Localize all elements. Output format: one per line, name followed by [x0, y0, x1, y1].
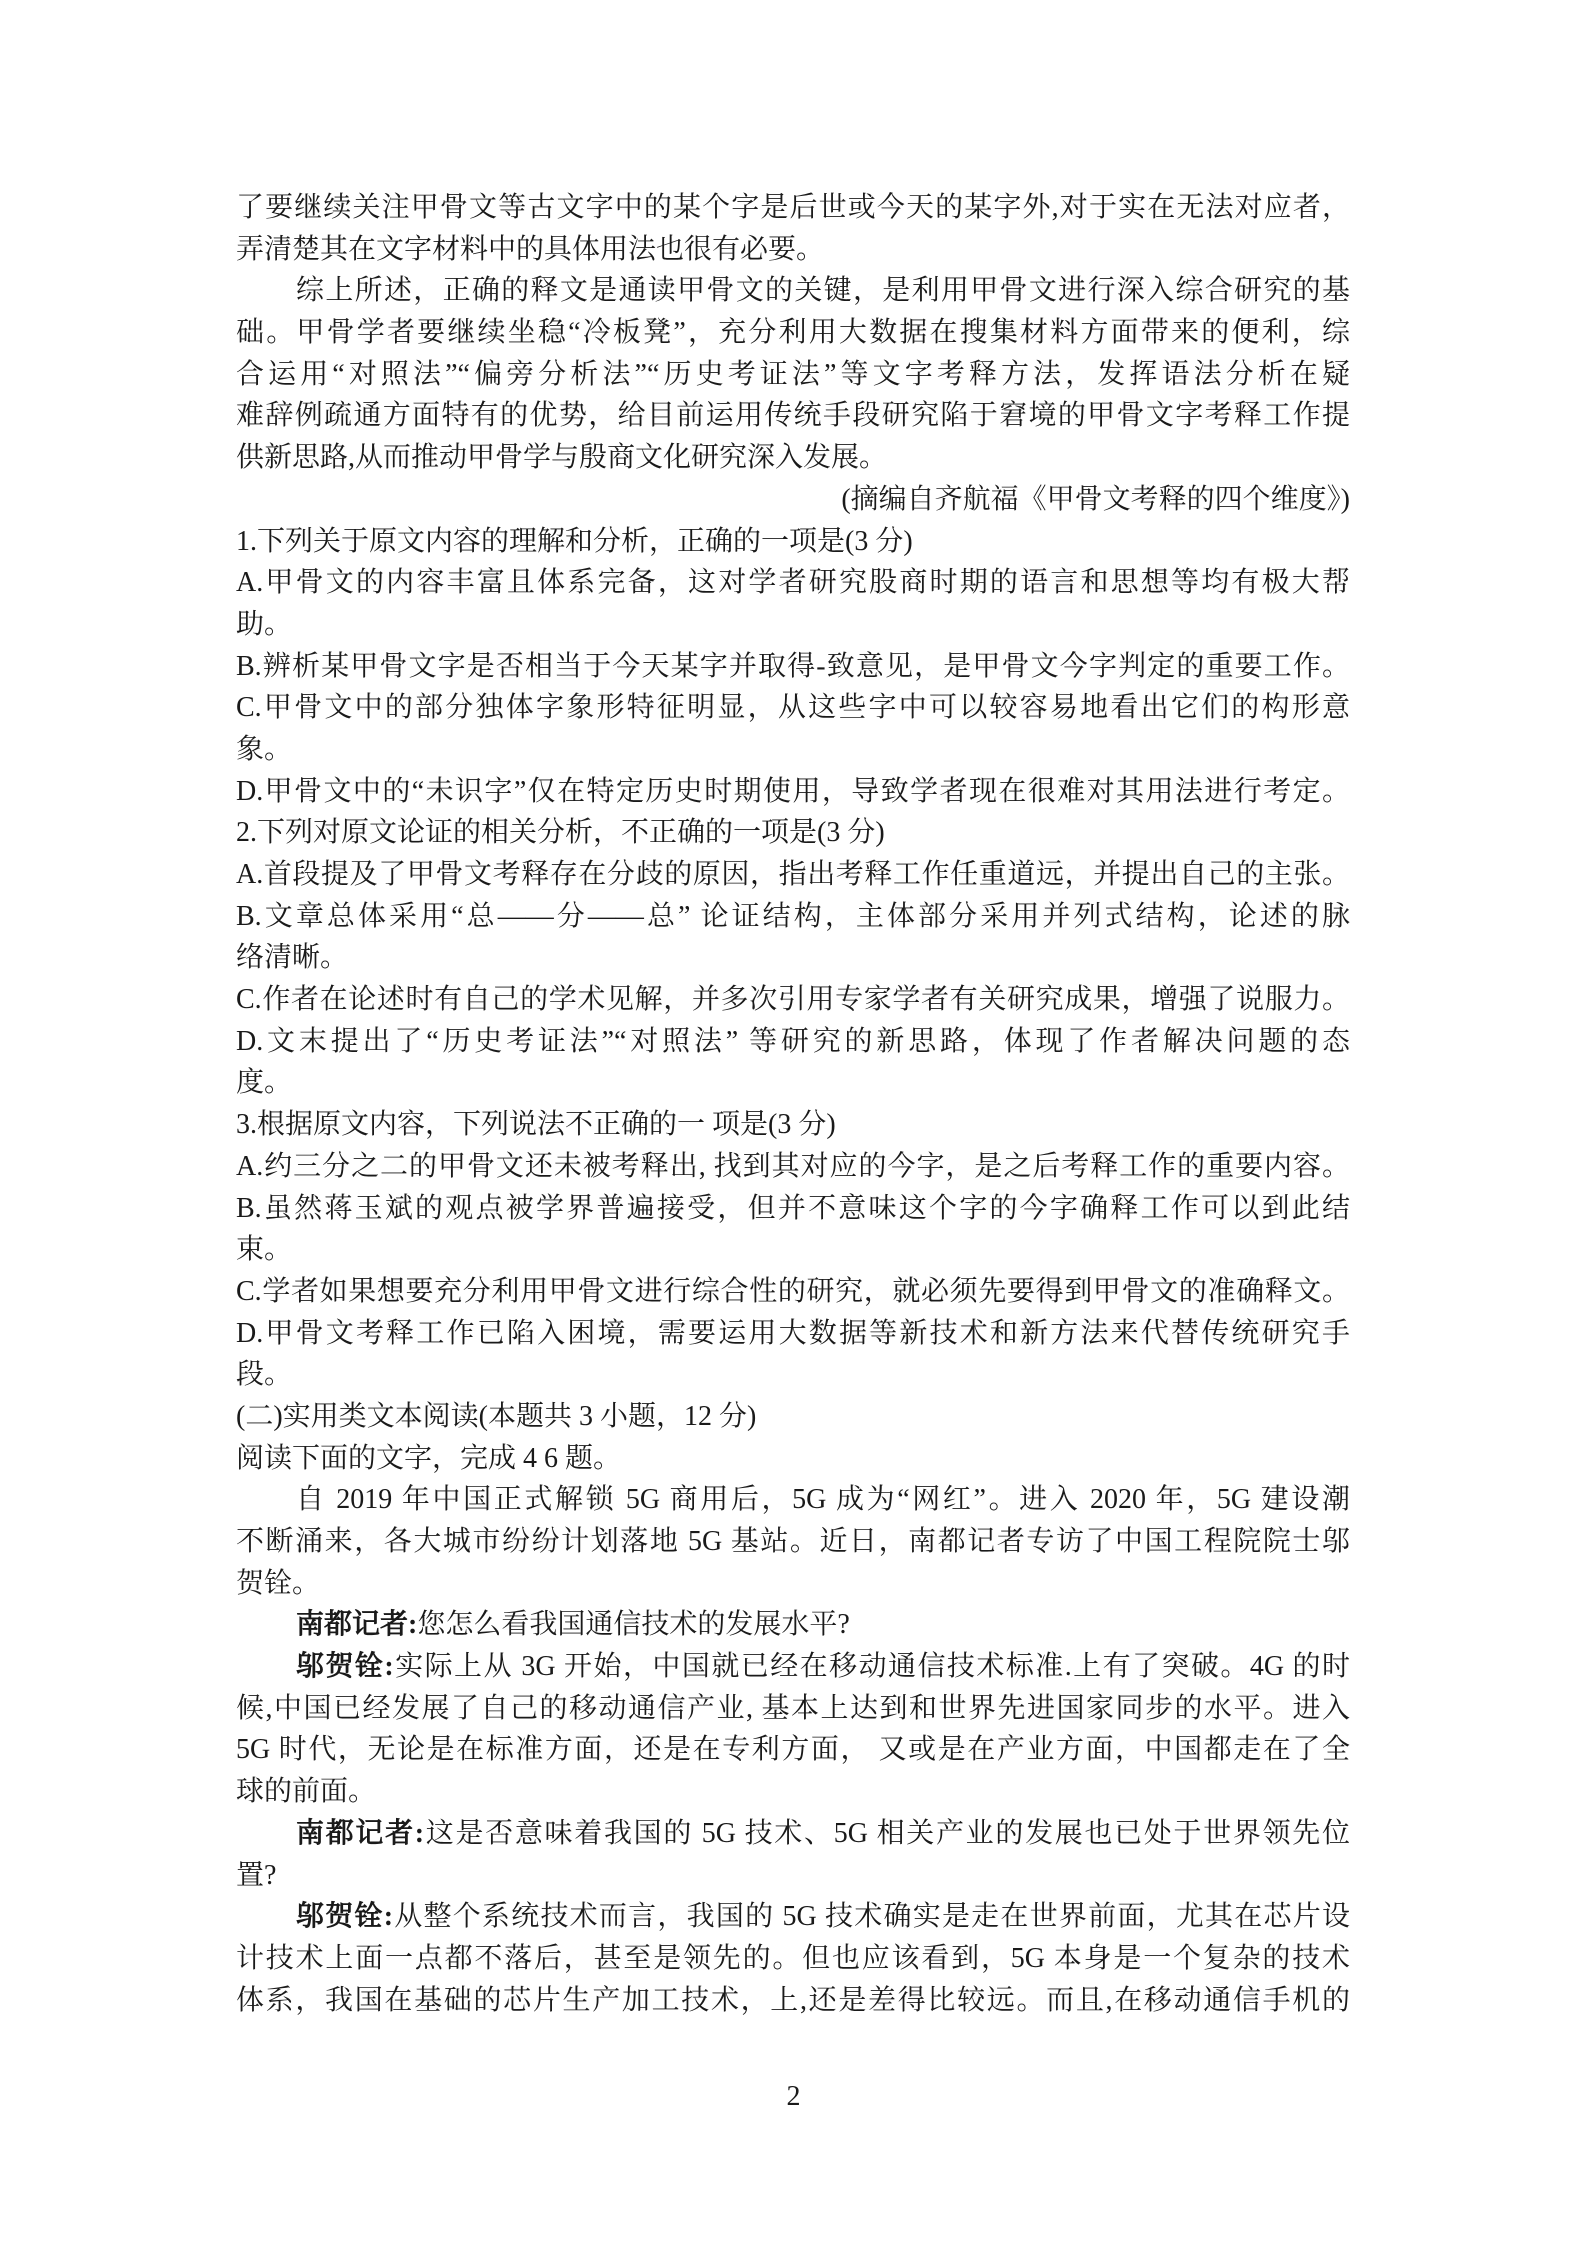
text-line: 体系，我国在基础的芯片生产加工技术，上,还是差得比较远。而且,在移动通信手机的	[236, 1980, 1350, 2022]
text-segment: 2.下列对原文论证的相关分析，不正确的一项是(3 分)	[236, 817, 885, 848]
document-page: 了要继续关注甲骨文等古文字中的某个字是后世或今天的某字外,对于实在无法对应者，弄…	[0, 0, 1587, 2245]
text-line: 自 2019 年中国正式解锁 5G 商用后，5G 成为“网红”。进入 2020 …	[236, 1479, 1350, 1521]
text-line: 5G 时代，无论是在标准方面，还是在专利方面， 又或是在产业方面，中国都走在了全	[236, 1729, 1350, 1771]
speaker-label: 邬贺铨:	[296, 1651, 394, 1682]
text-line: 了要继续关注甲骨文等古文字中的某个字是后世或今天的某字外,对于实在无法对应者，	[236, 187, 1350, 229]
text-segment: 助。	[236, 609, 292, 640]
speaker-label: 南都记者:	[296, 1609, 417, 1640]
text-line: A.约三分之二的甲骨文还未被考释出, 找到其对应的今字，是之后考释工作的重要内容…	[236, 1146, 1350, 1188]
text-line: 3.根据原文内容，下列说法不正确的一 项是(3 分)	[236, 1104, 1350, 1146]
text-segment: B.文章总体采用“总——分——总” 论证结构，主体部分采用并列式结构，论述的脉	[236, 901, 1350, 932]
text-segment: 自 2019 年中国正式解锁 5G 商用后，5G 成为“网红”。进入 2020 …	[296, 1484, 1350, 1515]
speaker-label: 南都记者:	[296, 1818, 424, 1849]
text-segment: 贺铨。	[236, 1568, 320, 1599]
text-segment: A.约三分之二的甲骨文还未被考释出, 找到其对应的今字，是之后考释工作的重要内容…	[236, 1151, 1350, 1182]
text-line: 弄清楚其在文字材料中的具体用法也很有必要。	[236, 229, 1350, 271]
text-line: 度。	[236, 1062, 1350, 1104]
text-line: 束。	[236, 1229, 1350, 1271]
text-line: A.甲骨文的内容丰富且体系完备，这对学者研究股商时期的语言和思想等均有极大帮	[236, 562, 1350, 604]
text-line: 络清晰。	[236, 937, 1350, 979]
text-column: 了要继续关注甲骨文等古文字中的某个字是后世或今天的某字外,对于实在无法对应者，弄…	[236, 187, 1350, 2021]
text-segment: 础。甲骨学者要继续坐稳“冷板凳”，充分利用大数据在搜集材料方面带来的便利，综	[236, 317, 1350, 348]
text-line: 南都记者:这是否意味着我国的 5G 技术、5G 相关产业的发展也已处于世界领先位	[236, 1813, 1350, 1855]
text-segment: 球的前面。	[236, 1776, 376, 1807]
text-segment: 置?	[236, 1860, 276, 1891]
text-line: 础。甲骨学者要继续坐稳“冷板凳”，充分利用大数据在搜集材料方面带来的便利，综	[236, 312, 1350, 354]
text-segment: 络清晰。	[236, 942, 348, 973]
text-segment: D.甲骨文中的“未识字”仅在特定历史时期使用，导致学者现在很难对其用法进行考定。	[236, 776, 1350, 807]
text-segment: D.文末提出了“历史考证法”“对照法” 等研究的新思路，体现了作者解决问题的态	[236, 1026, 1350, 1057]
text-line: 邬贺铨:实际上从 3G 开始，中国就已经在移动通信技术标准.上有了突破。4G 的…	[236, 1646, 1350, 1688]
text-segment: B.辨析某甲骨文字是否相当于今天某字并取得-致意见，是甲骨文今字判定的重要工作。	[236, 651, 1350, 682]
text-segment: 从整个系统技术而言，我国的 5G 技术确实是走在世界前面，尤其在芯片设	[393, 1901, 1350, 1932]
text-segment: A.首段提及了甲骨文考释存在分歧的原因，指出考释工作任重道远，并提出自己的主张。	[236, 859, 1350, 890]
text-line: D.甲骨文中的“未识字”仅在特定历史时期使用，导致学者现在很难对其用法进行考定。	[236, 771, 1350, 813]
text-segment: C.甲骨文中的部分独体字象形特征明显，从这些字中可以较容易地看出它们的构形意	[236, 692, 1350, 723]
text-line: 1.下列关于原文内容的理解和分析，正确的一项是(3 分)	[236, 521, 1350, 563]
text-line: C.甲骨文中的部分独体字象形特征明显，从这些字中可以较容易地看出它们的构形意	[236, 687, 1350, 729]
text-line: 不断涌来，各大城市纷纷计划落地 5G 基站。近日，南都记者专访了中国工程院院士邬	[236, 1521, 1350, 1563]
text-segment: 不断涌来，各大城市纷纷计划落地 5G 基站。近日，南都记者专访了中国工程院院士邬	[236, 1526, 1350, 1557]
text-line: C.学者如果想要充分利用甲骨文进行综合性的研究，就必须先要得到甲骨文的准确释文。	[236, 1271, 1350, 1313]
text-segment: 束。	[236, 1234, 292, 1265]
text-line: D.文末提出了“历史考证法”“对照法” 等研究的新思路，体现了作者解决问题的态	[236, 1021, 1350, 1063]
text-segment: 弄清楚其在文字材料中的具体用法也很有必要。	[236, 234, 824, 265]
text-line: (摘编自齐航福《甲骨文考释的四个维度》)	[236, 479, 1350, 521]
text-segment: A.甲骨文的内容丰富且体系完备，这对学者研究股商时期的语言和思想等均有极大帮	[236, 567, 1350, 598]
text-segment: 候,中国已经发展了自己的移动通信产业, 基本上达到和世界先进国家同步的水平。进入	[236, 1693, 1350, 1724]
text-line: B.虽然蒋玉斌的观点被学界普遍接受，但并不意味这个字的今字确释工作可以到此结	[236, 1188, 1350, 1230]
text-line: 助。	[236, 604, 1350, 646]
text-segment: D.甲骨文考释工作已陷入困境，需要运用大数据等新技术和新方法来代替传统研究手	[236, 1318, 1350, 1349]
text-line: A.首段提及了甲骨文考释存在分歧的原因，指出考释工作任重道远，并提出自己的主张。	[236, 854, 1350, 896]
text-segment: C.作者在论述时有自己的学术见解，并多次引用专家学者有关研究成果，增强了说服力。	[236, 984, 1350, 1015]
text-line: 邬贺铨:从整个系统技术而言，我国的 5G 技术确实是走在世界前面，尤其在芯片设	[236, 1896, 1350, 1938]
text-segment: C.学者如果想要充分利用甲骨文进行综合性的研究，就必须先要得到甲骨文的准确释文。	[236, 1276, 1350, 1307]
text-line: 综上所述，正确的释文是通读甲骨文的关键，是利用甲骨文进行深入综合研究的基	[236, 270, 1350, 312]
text-line: 难辞例疏通方面特有的优势，给目前运用传统手段研究陷于窘境的甲骨文字考释工作提	[236, 395, 1350, 437]
text-segment: 3.根据原文内容，下列说法不正确的一 项是(3 分)	[236, 1109, 836, 1140]
text-segment: 了要继续关注甲骨文等古文字中的某个字是后世或今天的某字外,对于实在无法对应者，	[236, 192, 1350, 223]
text-segment: 合运用“对照法”“偏旁分析法”“历史考证法”等文字考释方法，发挥语法分析在疑	[236, 359, 1350, 390]
page-number: 2	[0, 2080, 1587, 2114]
text-segment: 这是否意味着我国的 5G 技术、5G 相关产业的发展也已处于世界领先位	[424, 1818, 1350, 1849]
text-segment: 综上所述，正确的释文是通读甲骨文的关键，是利用甲骨文进行深入综合研究的基	[296, 275, 1350, 306]
text-line: 合运用“对照法”“偏旁分析法”“历史考证法”等文字考释方法，发挥语法分析在疑	[236, 354, 1350, 396]
text-segment: 阅读下面的文字，完成 4 6 题。	[236, 1443, 621, 1474]
text-segment: 体系，我国在基础的芯片生产加工技术，上,还是差得比较远。而且,在移动通信手机的	[236, 1985, 1350, 2016]
text-line: 2.下列对原文论证的相关分析，不正确的一项是(3 分)	[236, 812, 1350, 854]
text-line: 南都记者:您怎么看我国通信技术的发展水平?	[236, 1604, 1350, 1646]
text-segment: 段。	[236, 1359, 292, 1390]
text-line: 球的前面。	[236, 1771, 1350, 1813]
text-line: 供新思路,从而推动甲骨学与殷商文化研究深入发展。	[236, 437, 1350, 479]
text-line: B.文章总体采用“总——分——总” 论证结构，主体部分采用并列式结构，论述的脉	[236, 896, 1350, 938]
text-segment: 难辞例疏通方面特有的优势，给目前运用传统手段研究陷于窘境的甲骨文字考释工作提	[236, 400, 1350, 431]
text-segment: (摘编自齐航福《甲骨文考释的四个维度》)	[841, 484, 1350, 515]
text-line: D.甲骨文考释工作已陷入困境，需要运用大数据等新技术和新方法来代替传统研究手	[236, 1313, 1350, 1355]
text-segment: B.虽然蒋玉斌的观点被学界普遍接受，但并不意味这个字的今字确释工作可以到此结	[236, 1193, 1350, 1224]
text-line: 计技术上面一点都不落后，甚至是领先的。但也应该看到，5G 本身是一个复杂的技术	[236, 1938, 1350, 1980]
text-segment: 度。	[236, 1067, 292, 1098]
text-line: 候,中国已经发展了自己的移动通信产业, 基本上达到和世界先进国家同步的水平。进入	[236, 1688, 1350, 1730]
text-segment: (二)实用类文本阅读(本题共 3 小题，12 分)	[236, 1401, 756, 1432]
text-line: (二)实用类文本阅读(本题共 3 小题，12 分)	[236, 1396, 1350, 1438]
text-line: B.辨析某甲骨文字是否相当于今天某字并取得-致意见，是甲骨文今字判定的重要工作。	[236, 646, 1350, 688]
text-line: 段。	[236, 1354, 1350, 1396]
speaker-label: 邬贺铨:	[296, 1901, 393, 1932]
text-line: 象。	[236, 729, 1350, 771]
text-segment: 实际上从 3G 开始，中国就已经在移动通信技术标准.上有了突破。4G 的时	[394, 1651, 1350, 1682]
text-line: 置?	[236, 1855, 1350, 1897]
text-segment: 象。	[236, 734, 292, 765]
text-segment: 计技术上面一点都不落后，甚至是领先的。但也应该看到，5G 本身是一个复杂的技术	[236, 1943, 1350, 1974]
text-line: 贺铨。	[236, 1563, 1350, 1605]
text-segment: 您怎么看我国通信技术的发展水平?	[417, 1609, 849, 1640]
text-line: C.作者在论述时有自己的学术见解，并多次引用专家学者有关研究成果，增强了说服力。	[236, 979, 1350, 1021]
text-segment: 供新思路,从而推动甲骨学与殷商文化研究深入发展。	[236, 442, 887, 473]
text-line: 阅读下面的文字，完成 4 6 题。	[236, 1438, 1350, 1480]
text-segment: 1.下列关于原文内容的理解和分析，正确的一项是(3 分)	[236, 526, 913, 557]
text-segment: 5G 时代，无论是在标准方面，还是在专利方面， 又或是在产业方面，中国都走在了全	[236, 1734, 1350, 1765]
